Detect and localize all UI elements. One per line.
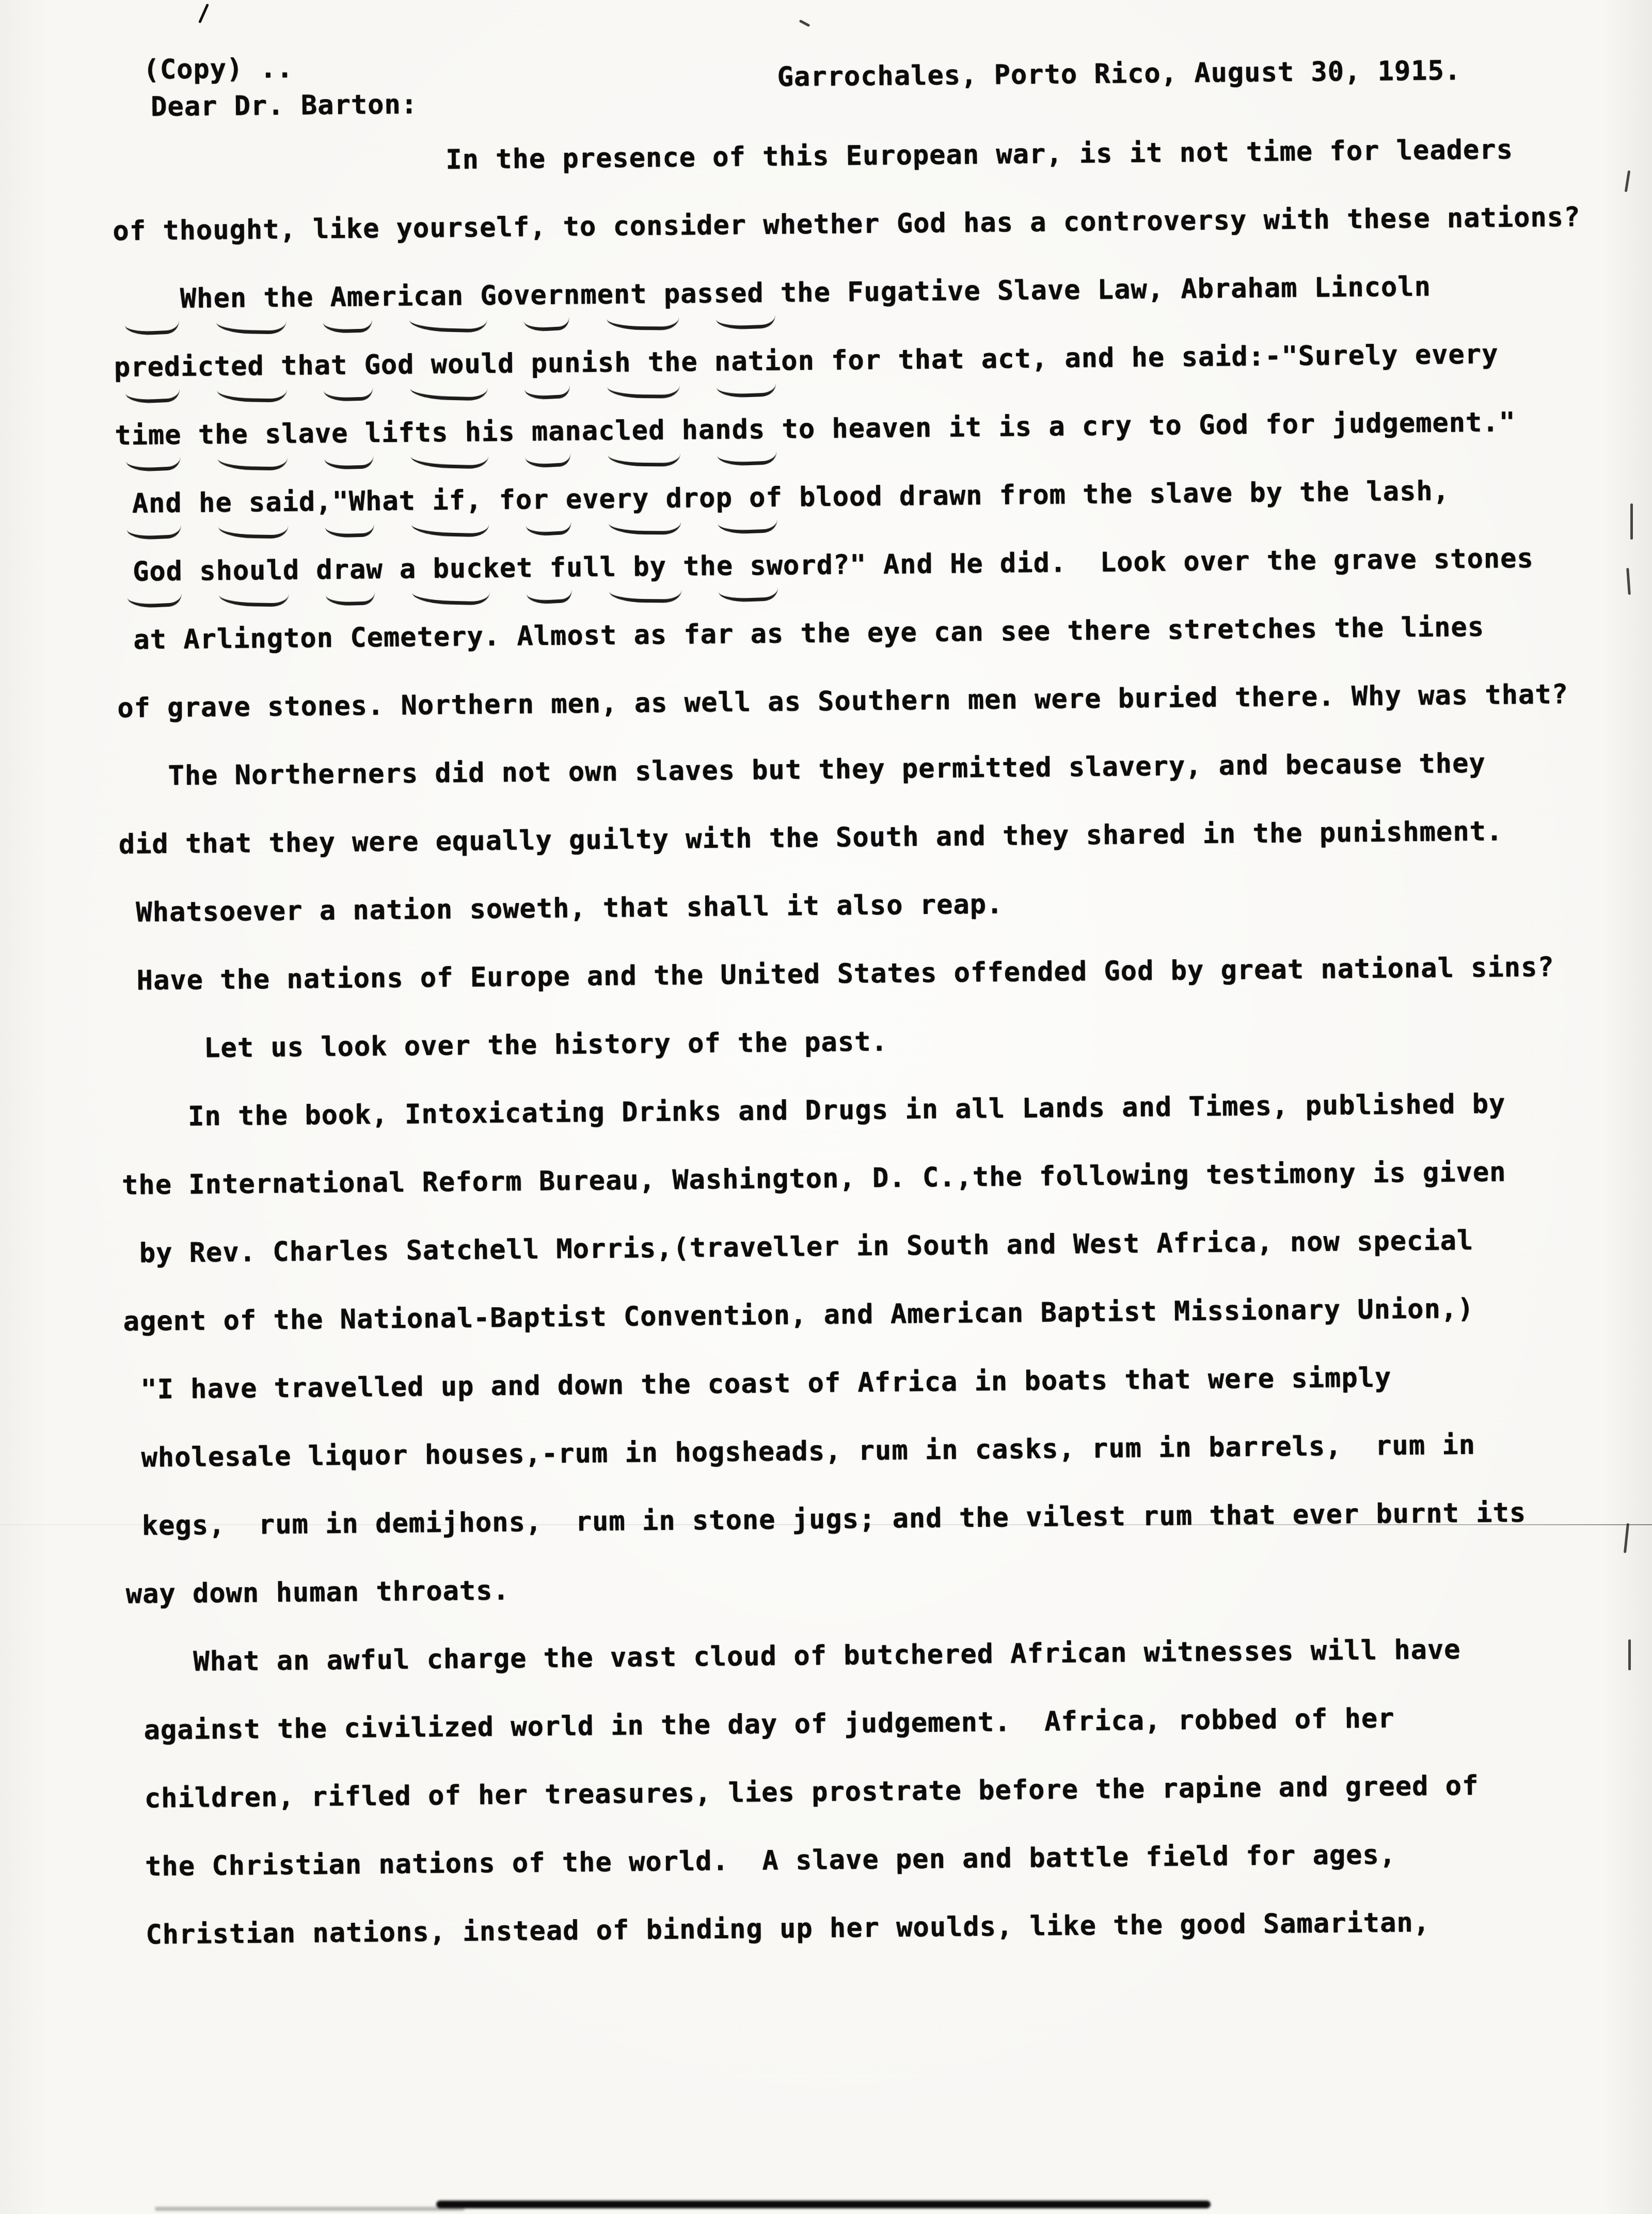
letter-line-text: In the book, Intoxicating Drinks and Dru… — [121, 1088, 1506, 1133]
pen-tick-mark — [799, 20, 811, 27]
letter-line-text: the International Reform Bureau, Washing… — [122, 1157, 1506, 1201]
letter-line-text: "I have travelled up and down the coast … — [124, 1362, 1392, 1405]
letter-line-text: did that they were equally guilty with t… — [119, 816, 1503, 860]
scan-bottom-edge-shadow — [436, 2201, 1211, 2208]
letter-line-text: Let us look over the history of the past… — [120, 1026, 888, 1065]
letter-line-text: way down human throats. — [125, 1575, 510, 1610]
scanned-letter-page: (Copy) .. Garrochales, Porto Rico, Augus… — [0, 0, 1652, 2214]
letter-line-text: When the American Government passed the … — [113, 271, 1431, 314]
letter-line-text: God should draw a bucket full by the swo… — [116, 543, 1534, 588]
salutation: Dear Dr. Barton: — [151, 89, 418, 122]
letter-line-text: Whatsoever a nation soweth, that shall i… — [119, 889, 1004, 928]
letter-line-text: In the presence of this European war, is… — [112, 134, 1513, 179]
letter-line-text: at Arlington Cemetery. Almost as far as … — [117, 612, 1485, 656]
letter-line-text: predicted that God would punish the nati… — [114, 339, 1499, 383]
letter-line-text: Have the nations of Europe and the Unite… — [120, 952, 1554, 997]
letter-line-text: The Northerners did not own slaves but t… — [118, 748, 1486, 792]
letter-line-text: by Rev. Charles Satchell Morris,(travell… — [122, 1225, 1473, 1269]
scan-edge-mark — [1625, 170, 1631, 192]
scan-bottom-edge-shadow — [155, 2207, 465, 2211]
pen-slash-mark — [198, 4, 209, 24]
scan-edge-mark — [1630, 503, 1633, 540]
letter-line-text: of thought, like yourself, to consider w… — [113, 202, 1580, 247]
scan-edge-mark — [1628, 1639, 1631, 1670]
letter-line-text: kegs, rum in demijhons, rum in stone jug… — [125, 1497, 1526, 1542]
letter-content: (Copy) .. Garrochales, Porto Rico, Augus… — [111, 33, 1642, 1969]
copy-label: (Copy) .. — [143, 53, 293, 86]
letter-line-text: agent of the National-Baptist Convention… — [123, 1293, 1474, 1337]
letter-line-text: the Christian nations of the world. A sl… — [129, 1839, 1396, 1883]
letter-body: In the presence of this European war, is… — [112, 115, 1642, 1969]
letter-line-text: children, rifled of her treasures, lies … — [128, 1770, 1479, 1814]
letter-line-text: Christian nations, instead of binding up… — [129, 1907, 1430, 1951]
letter-line: Christian nations, instead of binding up… — [129, 1887, 1642, 1969]
letterhead: (Copy) .. Garrochales, Porto Rico, Augus… — [111, 33, 1624, 129]
fold-crease-line — [0, 1524, 1652, 1525]
letter-line-text: wholesale liquor houses,-rum in hogshead… — [124, 1430, 1475, 1474]
letter-line-text: What an awful charge the vast cloud of b… — [126, 1634, 1461, 1678]
letter-line-text: time the slave lifts his manacled hands … — [115, 407, 1516, 451]
letter-line-text: of grave stones. Northern men, as well a… — [117, 679, 1568, 724]
letter-line-text: And he said,"What if, for every drop of … — [115, 476, 1450, 519]
dateline: Garrochales, Porto Rico, August 30, 1915… — [777, 55, 1461, 93]
letter-line-text: against the civilized world in the day o… — [127, 1703, 1395, 1746]
